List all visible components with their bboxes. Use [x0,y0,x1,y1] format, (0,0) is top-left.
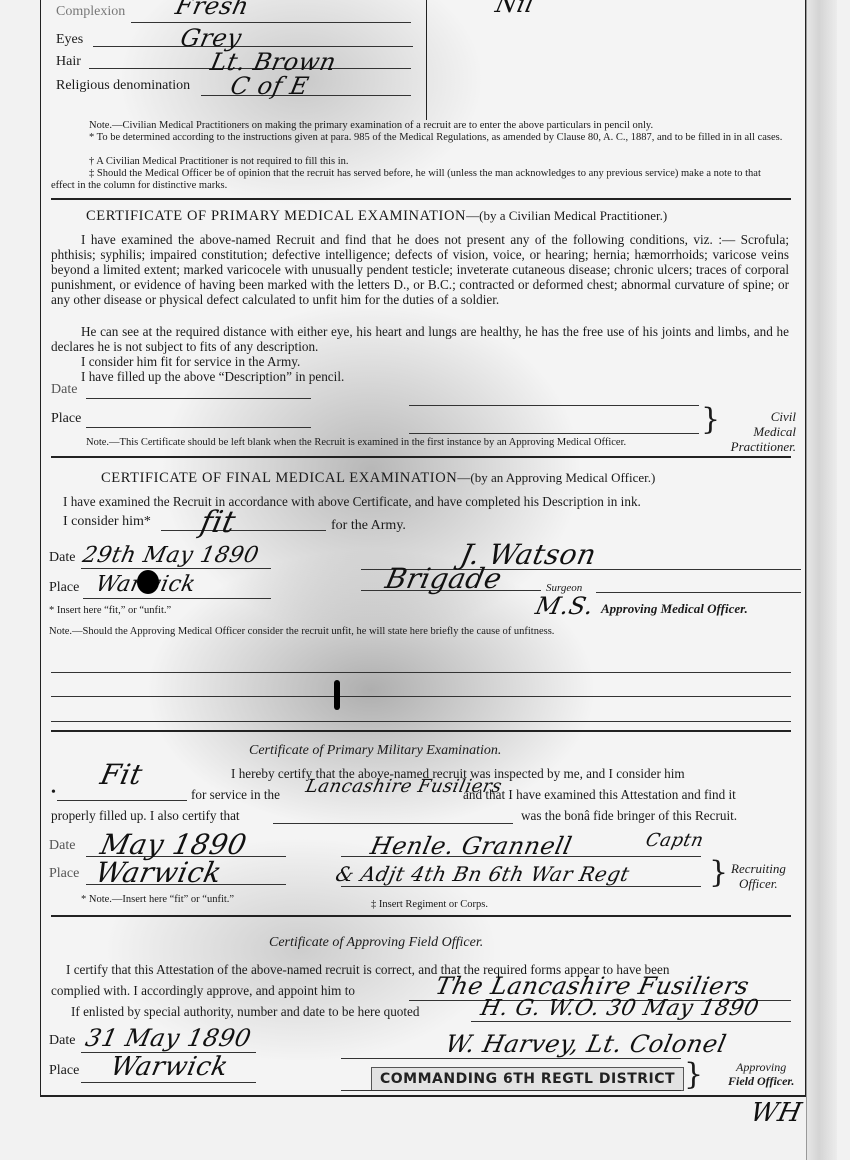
field-date-label: Date [49,1033,75,1049]
primary-medical-title: CERTIFICATE OF PRIMARY MEDICAL EXAMINATI… [86,208,466,224]
brace: } [701,405,720,435]
medical-officer-rank: Brigade [382,562,505,595]
field-place-field [81,1082,256,1083]
field-officer-signature-field [341,1058,681,1059]
note-civilian-pencil: Note.—Civilian Medical Practitioners on … [89,120,789,132]
field-officer-label: Field Officer. [706,1074,794,1088]
field-place-label: Place [49,1063,79,1079]
brace: } [709,858,728,888]
final-date-value: 29th May 1890 [80,543,261,568]
regiment-footnote: ‡ Insert Regiment or Corps. [371,899,488,911]
final-medical-heading: CERTIFICATE OF FINAL MEDICAL EXAMINATION… [101,470,801,487]
primary-medical-date-field [86,398,311,399]
religion-value: C of E [228,72,311,100]
distinctive-marks-value: Nil [493,0,537,18]
hair-label: Hair [56,54,81,70]
unfitness-line-1 [51,672,791,673]
primary-medical-place-label: Place [51,411,81,427]
final-medical-title: CERTIFICATE OF FINAL MEDICAL EXAMINATION [101,470,457,486]
religion-label: Religious denomination [56,78,190,94]
fit-unfit-field [57,800,187,801]
primary-military-line-3a: properly filled up. I also certify that [51,808,240,823]
primary-medical-subtitle: —(by a Civilian Medical Practitioner.) [466,208,667,223]
approving-label: Approving [706,1060,794,1074]
primary-medical-heading: CERTIFICATE OF PRIMARY MEDICAL EXAMINATI… [86,208,806,225]
field-officer-signature: W. Harvey, Lt. Colonel [443,1030,729,1058]
scan-margin-strip [806,0,837,1160]
civil-practitioner-signature-field [409,433,699,434]
section-divider [51,915,791,917]
primary-medical-date-label: Date [51,382,77,398]
final-place-label: Place [49,580,79,596]
brace: } [684,1060,703,1090]
approving-medical-officer-label: Approving Medical Officer. [601,601,748,617]
primary-medical-conditions: I have examined the above-named Recruit … [51,232,789,307]
field-place-value: Warwick [108,1052,231,1082]
military-place-value: Warwick [92,856,225,889]
consider-him-label: I consider him* [63,514,151,530]
note-civilian-not-required: † A Civilian Medical Practitioner is not… [89,156,789,168]
attestation-form-page: Complexion Fresh Eyes Grey Hair Lt. Brow… [40,0,806,1097]
unfitness-line-2 [51,696,791,697]
military-date-label: Date [49,838,75,854]
final-medical-statement: I have examined the Recruit in accordanc… [63,494,793,509]
field-officer-line-2: complied with. I accordingly approve, an… [51,983,355,998]
final-place-field [83,598,271,599]
final-medical-footnote: * Insert here “fit,” or “unfit.” [49,605,171,617]
officer-label: Officer. [731,876,786,891]
recruiting-officer-unit: & Adjt 4th Bn 6th War Regt [333,862,631,886]
field-officer-initials: WH [748,1098,805,1128]
primary-military-heading: Certificate of Primary Military Examinat… [249,743,501,759]
section-divider [51,456,791,458]
primary-medical-note: Note.—This Certificate should be left bl… [86,437,786,449]
ink-blot [137,570,159,594]
field-date-value: 31 May 1890 [83,1024,254,1052]
primary-military-line-2a: for service in the [191,787,280,802]
bringer-field [273,823,513,824]
recruiting-officer-signature: Henle. Grannell [368,832,575,860]
for-army-label: for the Army. [331,518,406,534]
fit-field [161,530,326,531]
fit-value: fit [197,505,239,540]
authority-value: H. G. W.O. 30 May 1890 [478,996,761,1021]
field-officer-heading: Certificate of Approving Field Officer. [269,935,483,951]
final-medical-subtitle: —(by an Approving Medical Officer.) [457,470,655,485]
ms-initials: M.S. [533,592,596,620]
section-divider [51,730,791,732]
eyes-label: Eyes [56,32,83,48]
recruiting-officer-rank: Captn [644,830,706,851]
final-date-label: Date [49,550,75,566]
primary-military-fit-value: Fit [97,758,145,791]
note-regulations: * To be determined according to the inst… [51,132,786,144]
section-divider [51,198,791,200]
primary-medical-consider: I consider him fit for service in the Ar… [81,354,300,369]
primary-military-line-3b: was the bonâ fide bringer of this Recrui… [521,808,737,823]
military-footnote: * Note.—Insert here “fit” or “unfit.” [81,894,234,906]
note-served-before: ‡ Should the Medical Officer be of opini… [51,168,786,192]
final-medical-unfit-note: Note.—Should the Approving Medical Offic… [49,626,789,638]
primary-military-line-2b: and that I have examined this Attestatio… [463,787,736,802]
military-place-label: Place [49,866,79,882]
primary-medical-pencil: I have filled up the above “Description”… [81,369,344,384]
complexion-label: Complexion [56,4,125,20]
primary-medical-fitness: He can see at the required distance with… [51,324,789,354]
commanding-district-stamp: COMMANDING 6TH REGTL DISTRICT [371,1067,684,1091]
unfitness-line-3 [51,721,791,722]
civil-medical-label: Civil Medical [726,409,796,439]
authority-field [471,1021,791,1022]
complexion-value: Fresh [173,0,252,20]
final-date-field [81,568,271,569]
column-divider [426,0,427,120]
recruiting-label: Recruiting [731,861,786,876]
field-officer-line-3: If enlisted by special authority, number… [71,1004,420,1019]
primary-medical-place-field [86,427,311,428]
ink-mark [334,680,340,710]
